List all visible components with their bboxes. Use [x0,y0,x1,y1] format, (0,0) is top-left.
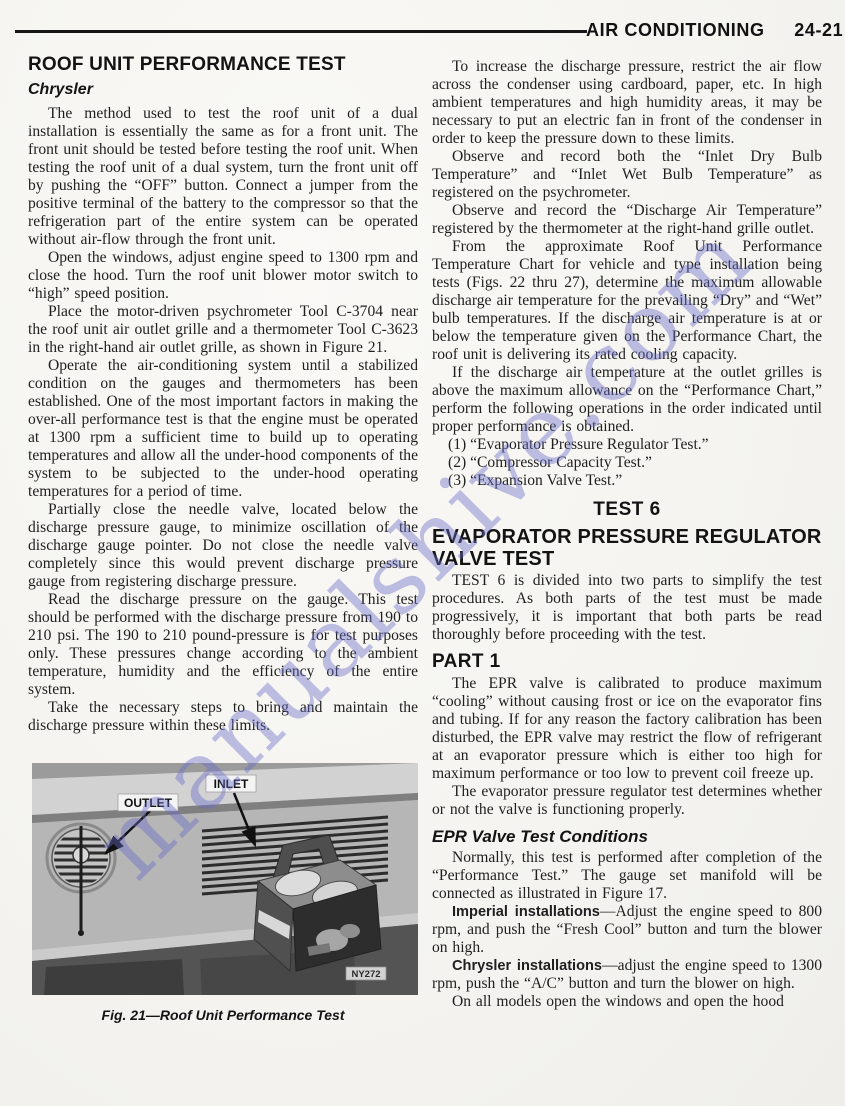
roof-unit-photo: OUTLET INLET NY272 [32,763,418,995]
imperial-lead: Imperial installations [452,904,600,920]
photo-id-tag: NY272 [346,967,386,980]
right-column: To increase the discharge pressure, rest… [432,46,822,1023]
two-column-layout: ROOF UNIT PERFORMANCE TEST Chrysler The … [28,46,822,1023]
paragraph: Read the discharge pressure on the gauge… [28,591,418,699]
paragraph: Partially close the needle valve, locate… [28,501,418,591]
section-title-epr-valve-test: EVAPORATOR PRESSURE REGULATOR VALVE TEST [432,526,822,570]
inlet-label: INLET [214,777,249,791]
figure-21: OUTLET INLET NY272 Fig. 21—Roof Unit Per… [28,763,418,1023]
manual-page: AIR CONDITIONING 24-21 manualshive.com R… [0,0,845,1106]
list-item: (3) “Expansion Valve Test.” [432,472,822,490]
paragraph-imperial: Imperial installations—Adjust the engine… [432,903,822,957]
paragraph: The evaporator pressure regulator test d… [432,783,822,819]
paragraph: To increase the discharge pressure, rest… [432,58,822,148]
page-header: AIR CONDITIONING 24-21 [586,20,843,41]
figure-caption: Fig. 21—Roof Unit Performance Test [28,1007,418,1023]
header-title: AIR CONDITIONING [586,20,765,40]
test-6-heading: TEST 6 [432,499,822,521]
paragraph: The EPR valve is calibrated to produce m… [432,675,822,783]
paragraph: From the approximate Roof Unit Performan… [432,238,822,364]
header-page-number: 24-21 [794,20,843,40]
paragraph: Normally, this test is performed after c… [432,849,822,903]
left-column: ROOF UNIT PERFORMANCE TEST Chrysler The … [28,46,418,1023]
outlet-label: OUTLET [124,796,173,810]
section-title-roof-unit: ROOF UNIT PERFORMANCE TEST [28,54,418,76]
subsection-chrysler: Chrysler [28,81,418,99]
paragraph-chrysler: Chrysler installations—adjust the engine… [432,957,822,993]
paragraph: Observe and record the “Discharge Air Te… [432,202,822,238]
part-1-heading: PART 1 [432,651,822,673]
list-item: (1) “Evaporator Pressure Regulator Test.… [432,436,822,454]
photo-id: NY272 [351,969,380,980]
paragraph: Take the necessary steps to bring and ma… [28,699,418,735]
chrysler-lead: Chrysler installations [452,958,602,974]
paragraph: Operate the air-conditioning system unti… [28,357,418,501]
paragraph: Place the motor-driven psychrometer Tool… [28,303,418,357]
list-item: (2) “Compressor Capacity Test.” [432,454,822,472]
paragraph: Open the windows, adjust engine speed to… [28,249,418,303]
epr-conditions-heading: EPR Valve Test Conditions [432,827,822,847]
header-rule [15,30,587,33]
paragraph: TEST 6 is divided into two parts to simp… [432,572,822,644]
paragraph: Observe and record both the “Inlet Dry B… [432,148,822,202]
paragraph: On all models open the windows and open … [432,993,822,1011]
paragraph: The method used to test the roof unit of… [28,105,418,249]
paragraph: If the discharge air temperature at the … [432,364,822,436]
